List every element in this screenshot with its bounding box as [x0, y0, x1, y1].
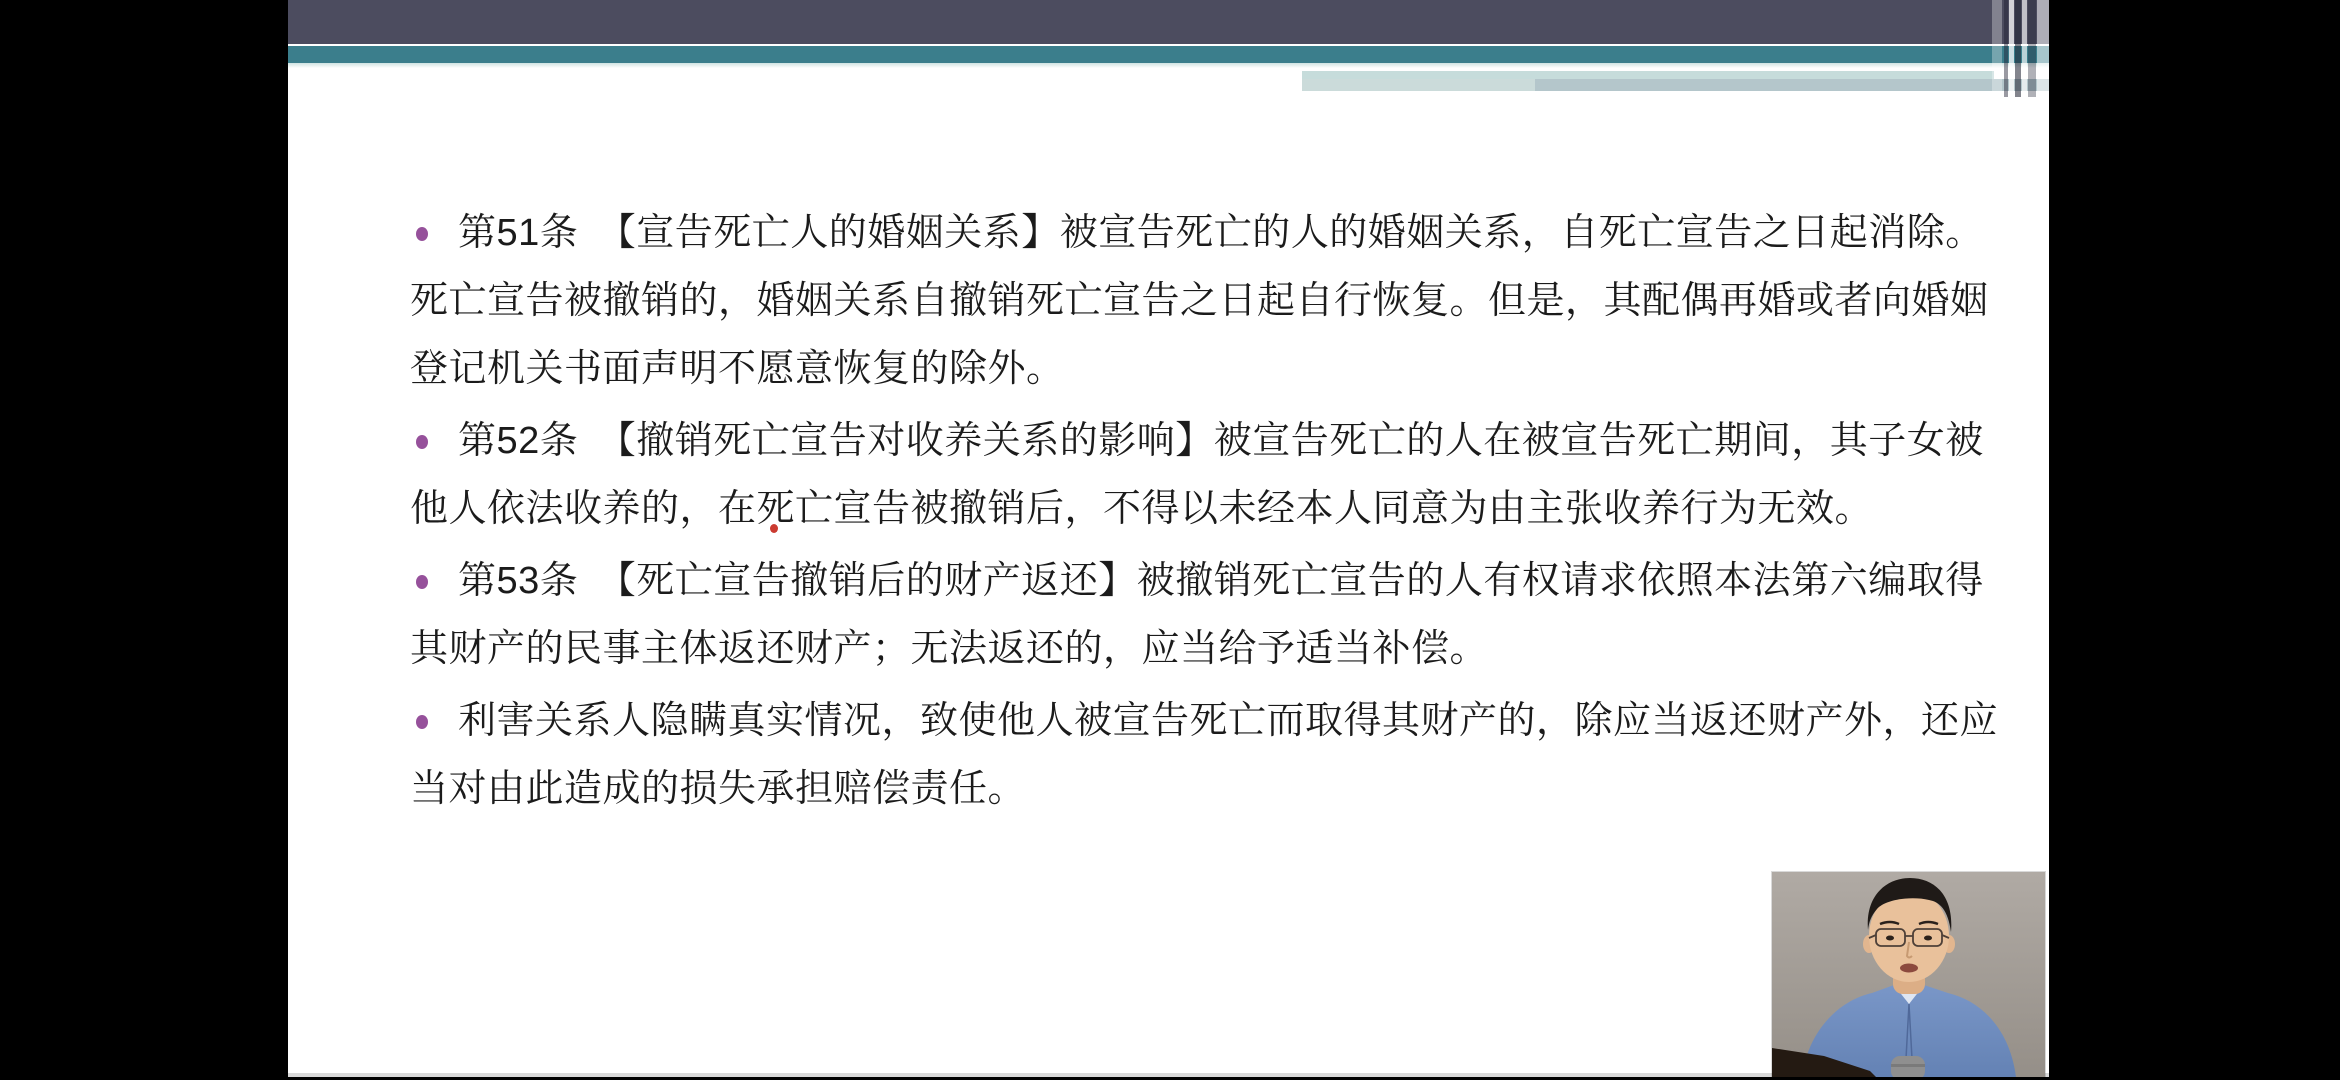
bullet-paragraph-article-53: 第53条 【死亡宣告撤销后的财产返还】被撤销死亡宣告的人有权请求依照本法第六编取… [410, 547, 2002, 683]
webcam-video [1772, 872, 2045, 1077]
presenter-illustration [1772, 872, 2045, 1077]
slide-text-block: 第51条 【宣告死亡人的婚姻关系】被宣告死亡的人的婚姻关系，自死亡宣告之日起消除… [410, 199, 2002, 827]
accent-band-light [1302, 79, 1535, 91]
paragraph-text: 利害关系人隐瞒真实情况，致使他人被宣告死亡而取得其财产的，除应当返还财产外，还应… [410, 700, 1998, 810]
paragraph-text: 第53条 【死亡宣告撤销后的财产返还】被撤销死亡宣告的人有权请求依照本法第六编取… [410, 560, 1984, 670]
bullet-icon [416, 715, 428, 729]
corner-stripe [2004, 0, 2008, 97]
bullet-icon [416, 227, 428, 241]
corner-stripe [2022, 0, 2027, 97]
corner-stripe [2037, 0, 2049, 97]
header-pale-line [288, 63, 2049, 68]
header-slate-bar [288, 0, 2049, 44]
video-frame: 第51条 【宣告死亡人的婚姻关系】被宣告死亡的人的婚姻关系，自死亡宣告之日起消除… [0, 0, 2340, 1080]
bullet-icon [416, 435, 428, 449]
bullet-paragraph-liability: 利害关系人隐瞒真实情况，致使他人被宣告死亡而取得其财产的，除应当返还财产外，还应… [410, 687, 2002, 823]
corner-stripe [2009, 0, 2014, 97]
corner-stripe [1992, 0, 2002, 97]
accent-band-pale [1302, 71, 1994, 79]
accent-band-gray [1535, 79, 2049, 91]
bullet-paragraph-article-52: 第52条 【撤销死亡宣告对收养关系的影响】被宣告死亡的人在被宣告死亡期间，其子女… [410, 407, 2002, 543]
bullet-icon [416, 575, 428, 589]
corner-stripe [2015, 0, 2021, 97]
paragraph-text: 第52条 【撤销死亡宣告对收养关系的影响】被宣告死亡的人在被宣告死亡期间，其子女… [410, 420, 1984, 530]
laser-pointer-dot-icon [770, 524, 778, 533]
bullet-paragraph-article-51: 第51条 【宣告死亡人的婚姻关系】被宣告死亡的人的婚姻关系，自死亡宣告之日起消除… [410, 199, 2002, 403]
header-teal-band [288, 46, 2049, 63]
paragraph-text: 第51条 【宣告死亡人的婚姻关系】被宣告死亡的人的婚姻关系，自死亡宣告之日起消除… [410, 212, 1989, 390]
corner-stripe [2028, 0, 2036, 97]
